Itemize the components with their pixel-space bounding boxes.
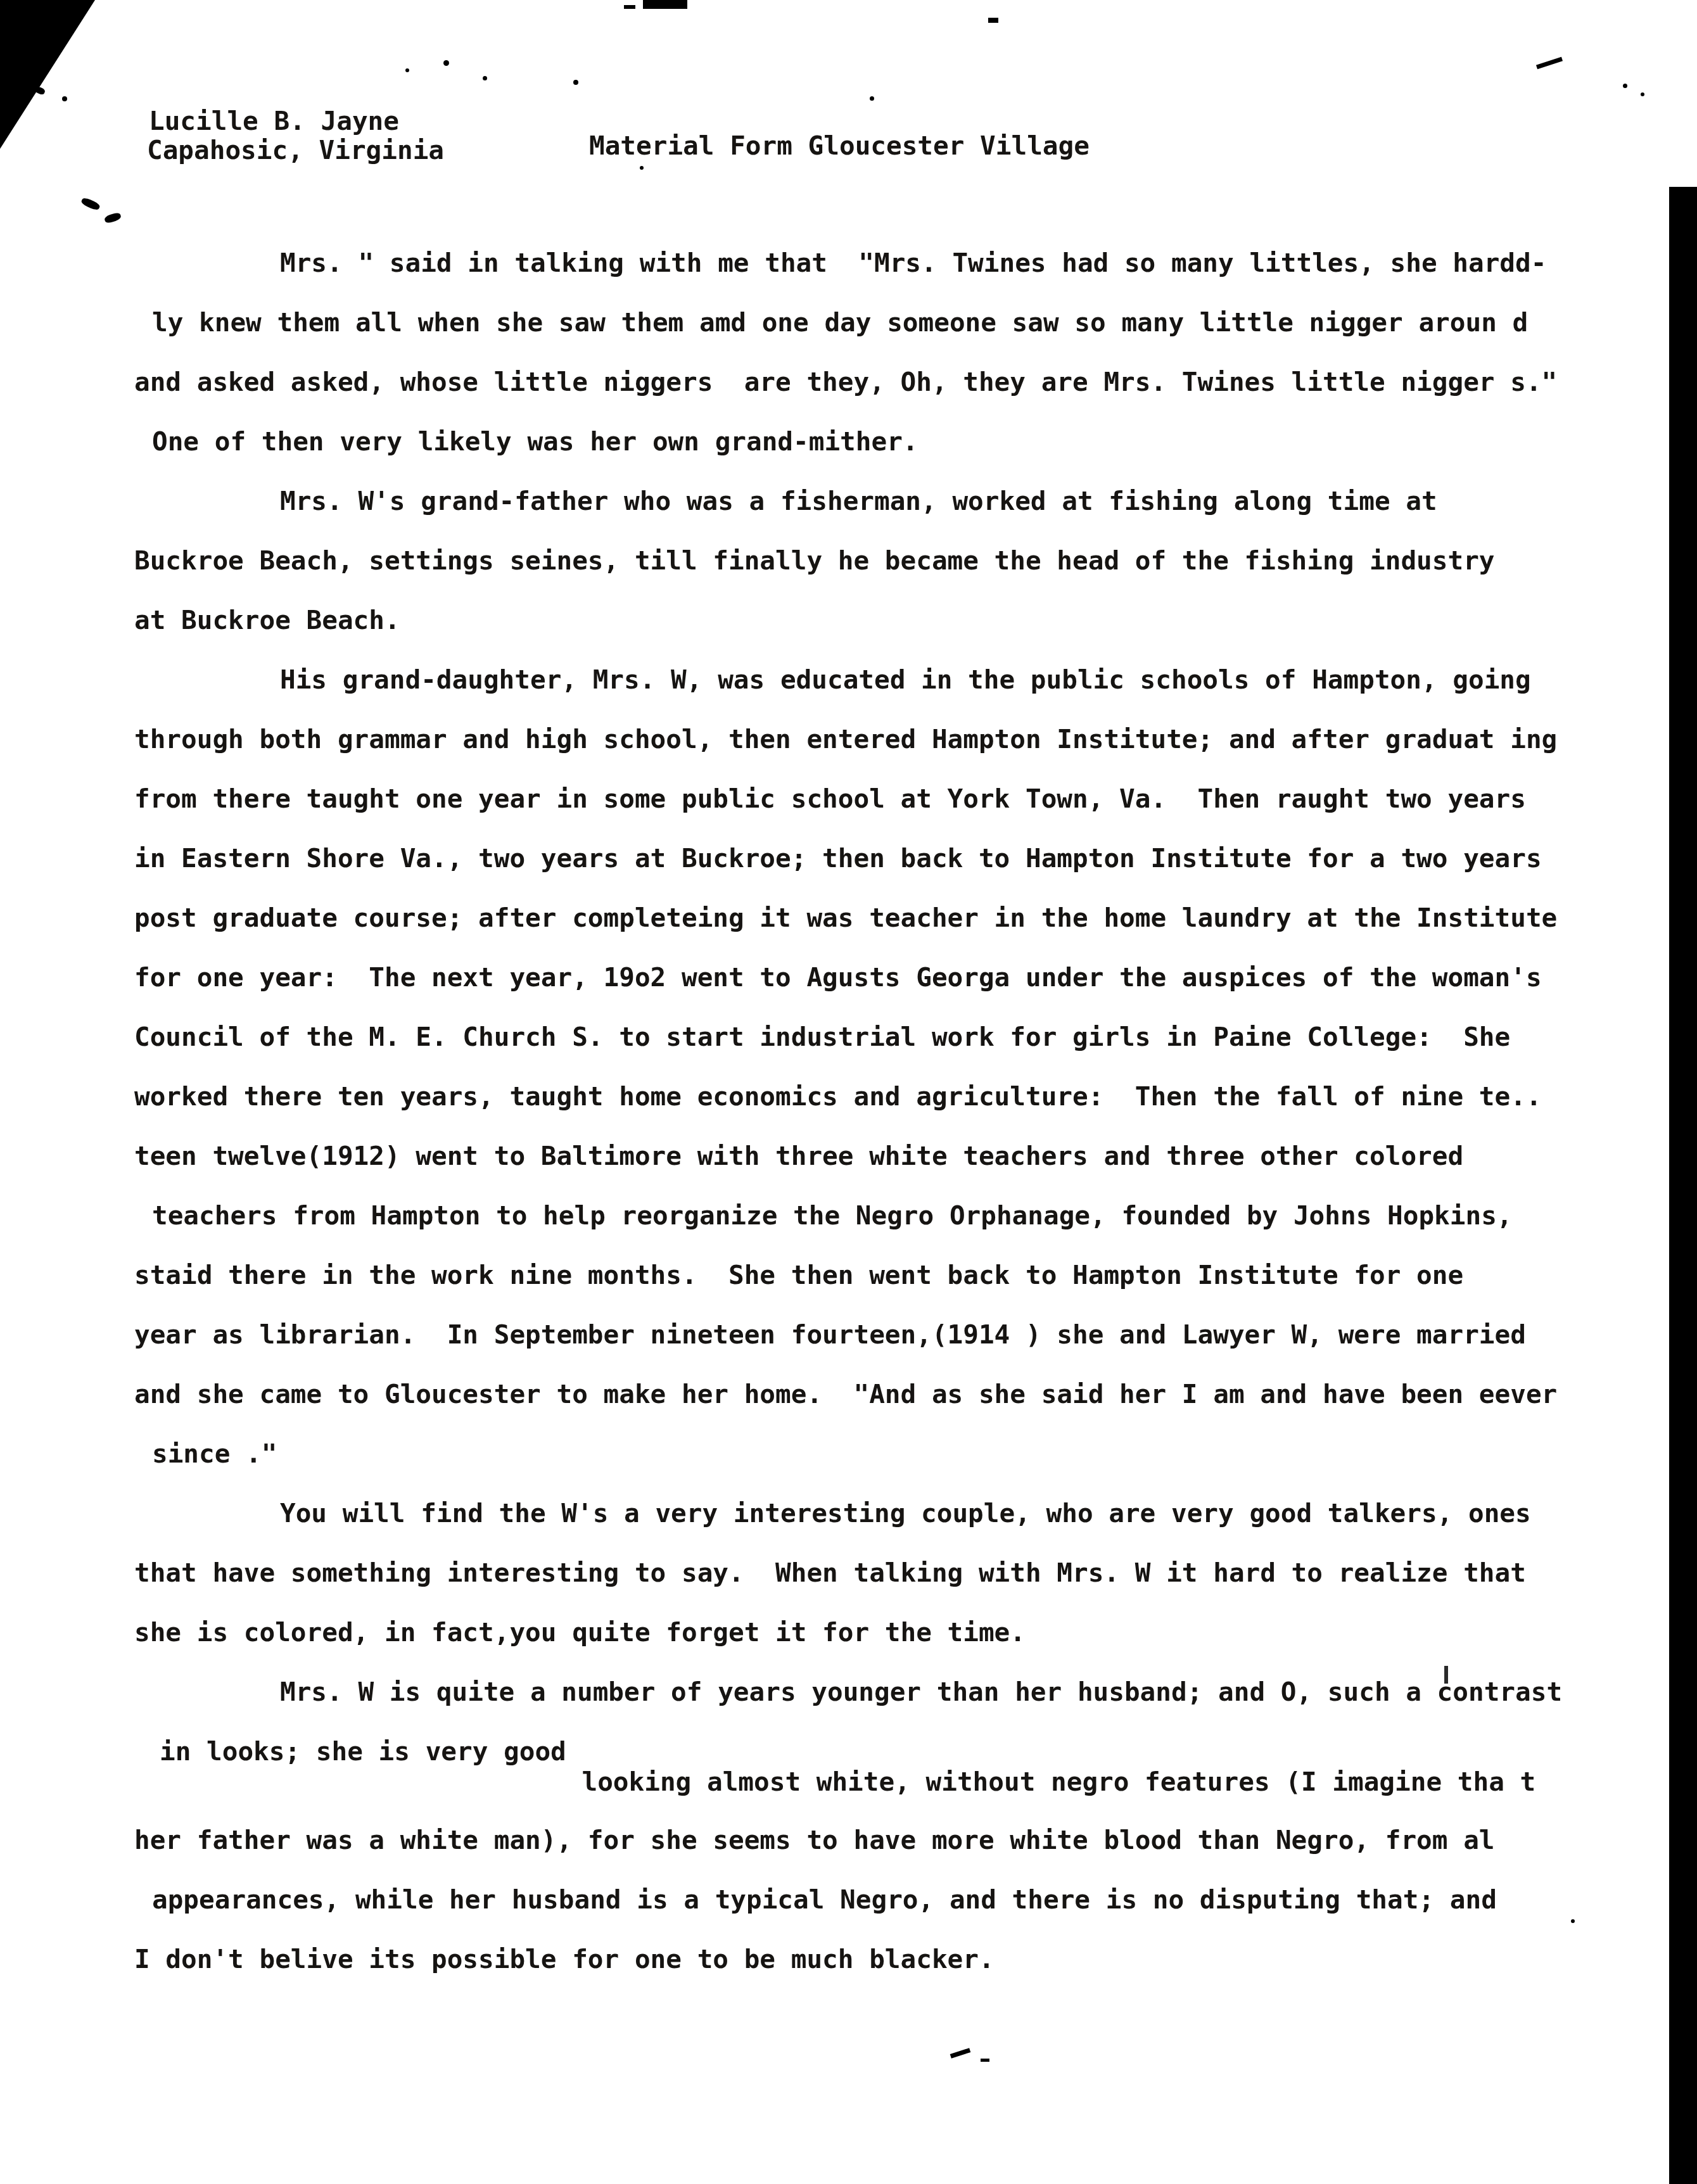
typed-line: in Eastern Shore Va., two years at Buckr… [0,829,1697,888]
scan-speck [870,96,874,101]
document-title: Material Form Gloucester Village [589,131,1090,160]
typed-line: ly knew them all when she saw them amd o… [0,293,1697,352]
typed-line: teen twelve(1912) went to Baltimore with… [0,1126,1697,1186]
scan-corner-fold [0,0,95,149]
typed-line: post graduate course; after completeing … [0,888,1697,948]
typed-line: Buckroe Beach, settings seines, till fin… [0,531,1697,590]
typed-line: Mrs. W's grand-father who was a fisherma… [0,471,1697,531]
author-location: Capahosic, Virginia [147,136,444,165]
typed-segment-dropped: looking almost white, without negro feat… [582,1767,1535,1797]
typed-line: she is colored, in fact,you quite forget… [0,1603,1697,1662]
typed-line: One of then very likely was her own gran… [0,412,1697,471]
typed-line: teachers from Hampton to help reorganize… [0,1186,1697,1245]
scan-speck [950,2048,971,2059]
scan-speck [981,2059,989,2062]
typed-line: her father was a white man), for she see… [0,1810,1697,1870]
scan-speck [624,5,635,9]
typed-line: for one year: The next year, 19o2 went t… [0,948,1697,1007]
scan-handwritten-mark [34,86,46,96]
typed-line: from there taught one year in some publi… [0,769,1697,829]
scan-speck [1641,92,1644,96]
typed-segment: in looks; she is very good [160,1736,582,1767]
typed-line: You will find the W's a very interesting… [0,1483,1697,1543]
typed-line: I don't belive its possible for one to b… [0,1929,1697,1989]
typed-line: and she came to Gloucester to make her h… [0,1364,1697,1424]
scanned-page: Lucille B. Jayne Capahosic, Virginia Mat… [0,0,1697,2184]
scan-speck [640,166,644,170]
scan-speck [573,80,578,85]
typed-line: worked there ten years, taught home econ… [0,1067,1697,1126]
typed-line: and asked asked, whose little niggers ar… [0,352,1697,412]
typed-line: Council of the M. E. Church S. to start … [0,1007,1697,1067]
scan-speck [1623,84,1627,88]
typed-line: staid there in the work nine months. She… [0,1245,1697,1305]
typed-line: Mrs. " said in talking with me that "Mrs… [0,233,1697,293]
scan-speck [443,60,449,66]
typed-line: appearances, while her husband is a typi… [0,1870,1697,1929]
scan-handwritten-mark [104,212,122,224]
author-name: Lucille B. Jayne [149,106,399,136]
typed-line-split-baseline: in looks; she is very good looking almos… [0,1722,1697,1810]
scan-speck [62,96,67,101]
typed-line: at Buckroe Beach. [0,590,1697,650]
typed-line: His grand-daughter, Mrs. W, was educated… [0,650,1697,709]
typed-line: Mrs. W is quite a number of years younge… [0,1662,1697,1722]
typed-line: since ." [0,1424,1697,1483]
typed-line: through both grammar and high school, th… [0,709,1697,769]
typed-line: that have something interesting to say. … [0,1543,1697,1603]
scan-speck [643,0,687,9]
scan-handwritten-mark [80,196,101,211]
scan-speck [1536,57,1563,70]
scan-speck [483,76,487,80]
typed-line: year as librarian. In September nineteen… [0,1305,1697,1364]
scan-speck [988,18,998,23]
typed-body: Mrs. " said in talking with me that "Mrs… [0,233,1697,1989]
scan-speck [405,68,409,72]
